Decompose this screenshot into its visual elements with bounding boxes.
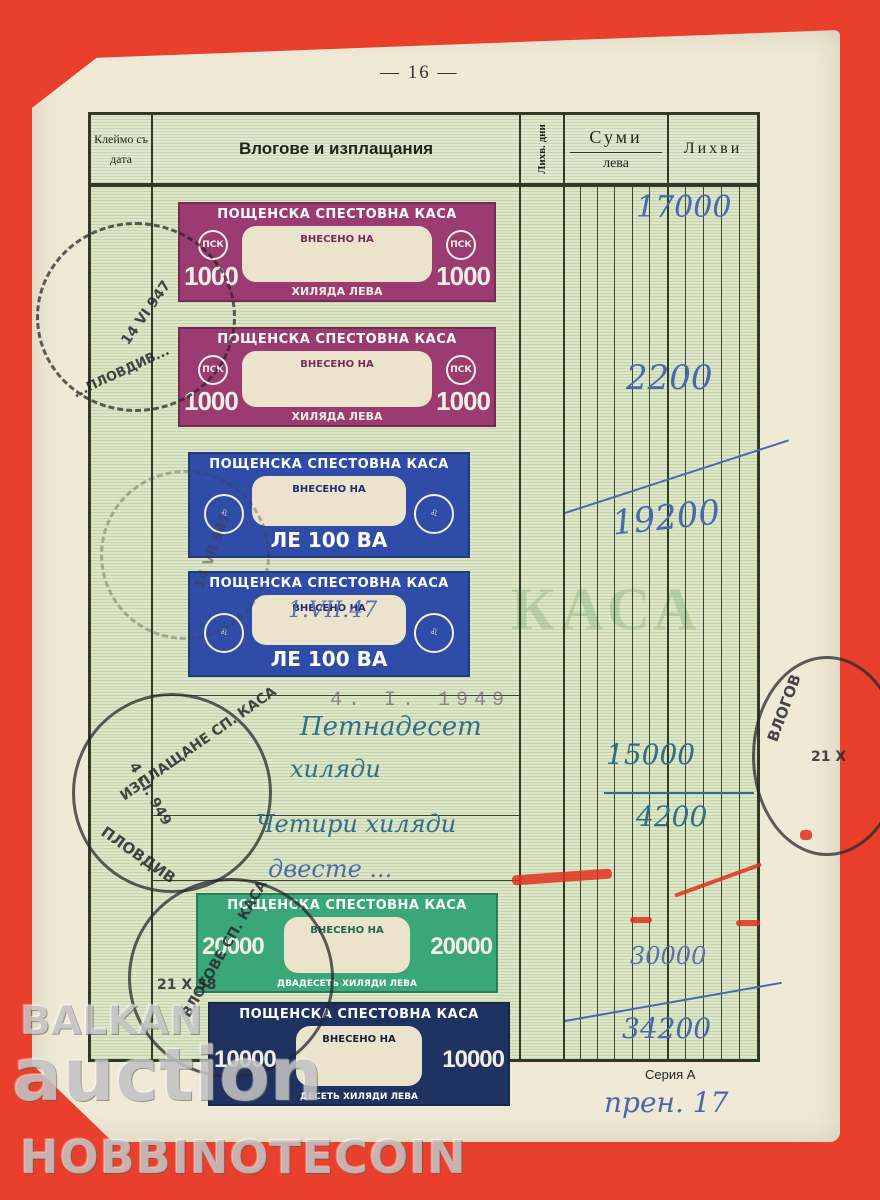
amount-4200: 4200	[636, 800, 707, 833]
digit-rule	[739, 187, 740, 1059]
withdrawal-text-2: хиляди	[290, 755, 381, 783]
amount-17000: 17000	[636, 190, 731, 225]
withdrawal-text-4: двесте ...	[268, 855, 392, 883]
amount-34200: 34200	[622, 1012, 711, 1045]
stamp-window: ВНЕСЕНО НА	[242, 226, 432, 282]
watermark-auction: auction	[12, 1032, 323, 1118]
header-sums-unit: лева	[603, 153, 629, 172]
column-divider	[563, 187, 565, 1059]
digit-rule	[614, 187, 615, 1059]
header-interest: Лихви	[669, 115, 757, 183]
ledger-header: Клеймо съ дата Влогове и изплащания Лихв…	[91, 115, 757, 187]
red-crayon-mark	[800, 830, 812, 840]
amount-2200: 2200	[626, 358, 713, 398]
red-crayon-mark	[630, 917, 652, 923]
withdrawal-text-3: Четири хиляди	[256, 810, 456, 838]
digit-rule	[685, 187, 686, 1059]
postmark-1947-b: 14 VII 947	[100, 470, 270, 640]
postmark-date: 14 VI 947	[118, 278, 174, 348]
digit-rule	[649, 187, 650, 1059]
stamp-window: ВНЕСЕНО НА	[252, 476, 406, 526]
header-stamp-date: Клеймо съ дата	[91, 115, 153, 183]
digit-rule	[721, 187, 722, 1059]
digit-rule	[703, 187, 704, 1059]
stamp-label: ВНЕСЕНО НА	[292, 484, 365, 495]
header-interest-days: Лихв. дни	[521, 115, 565, 183]
digit-rule	[597, 187, 598, 1059]
series-label: Серия А	[645, 1067, 695, 1082]
amount-30000: 30000	[630, 942, 706, 970]
header-deposits-withdrawals: Влогове и изплащания	[153, 115, 521, 183]
stamp-title: ПОЩЕНСКА СПЕСТОВНА КАСА	[180, 207, 494, 222]
carried-over-note: прен. 17	[604, 1086, 728, 1119]
postmark-date: 21 X 38	[157, 977, 217, 993]
header-sums-label: Суми	[570, 127, 662, 153]
digit-rule	[632, 187, 633, 1059]
ledger-watermark: КАСА	[511, 575, 703, 644]
pss-emblem-icon: ПСК	[446, 230, 476, 260]
pss-emblem-icon: ПСК	[446, 355, 476, 385]
stamp-label: ВНЕСЕНО НА	[322, 1034, 395, 1045]
header-interest-days-label: Лихв. дни	[536, 124, 548, 174]
red-crayon-mark	[736, 920, 760, 926]
stamp-footer: ХИЛЯДА ЛЕВА	[180, 410, 494, 423]
column-divider	[519, 187, 521, 1059]
stamp-value: 20000	[430, 933, 492, 961]
withdrawal-text-1: Петнадесет	[300, 712, 482, 742]
stamp-label: ВНЕСЕНО НА	[300, 359, 373, 370]
postmark-withdrawal: ИЗПЛАЩАНЕ СП. КАСА 4 - I. 949 ПЛОВДИВ	[72, 693, 272, 893]
entry-date: 1.VII.47	[288, 598, 377, 623]
postmark-date: 21 X	[811, 749, 846, 765]
postmark-1947: 14 VI 947 ...ПЛОВДИВ...	[36, 222, 236, 412]
amount-15000: 15000	[606, 738, 695, 771]
postmark-text: ...ПЛОВДИВ...	[71, 344, 172, 402]
sum-line	[604, 792, 754, 794]
stamp-title: ПОЩЕНСКА СПЕСТОВНА КАСА	[190, 457, 468, 472]
page-number: — 16 —	[380, 62, 459, 84]
withdrawal-date-stamp: 4. I. 1949	[330, 689, 510, 712]
header-sums: Суми лева	[565, 115, 669, 183]
stamp-footer: ЛЕ 100 ВА	[190, 647, 468, 671]
stamp-label: ВНЕСЕНО НА	[300, 234, 373, 245]
stamp-value: 10000	[442, 1046, 504, 1074]
column-divider	[667, 187, 669, 1059]
digit-rule	[580, 187, 581, 1059]
watermark-hobbinotecoin: HOBBINOTECOIN	[20, 1130, 467, 1184]
postmark-date: 14 VII 947	[192, 511, 234, 591]
stamp-window: ВНЕСЕНО НА	[242, 351, 432, 407]
